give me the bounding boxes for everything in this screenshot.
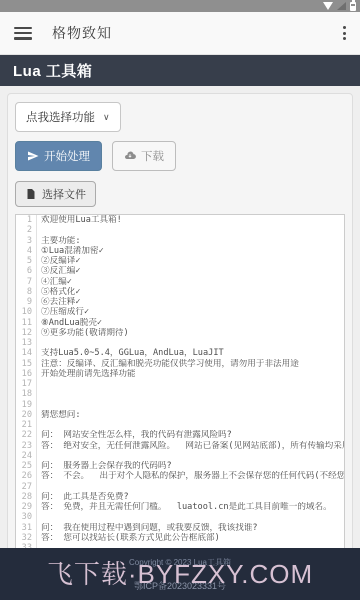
line-text: 答： 免费，并且无需任何门槛。 luatool.cn是此工具目前唯一的域名。 (37, 502, 332, 512)
editor-line: 17 (16, 379, 344, 389)
select-function-dropdown[interactable]: 点我选择功能 ∨ (15, 102, 121, 132)
line-text (37, 482, 41, 492)
editor-line: 5②反编译✓ (16, 256, 344, 266)
line-number: 26 (16, 471, 37, 481)
line-number: 2 (16, 225, 37, 235)
line-number: 17 (16, 379, 37, 389)
line-number: 9 (16, 297, 37, 307)
editor-line: 9⑥去注释✓ (16, 297, 344, 307)
line-number: 28 (16, 492, 37, 502)
line-text (37, 451, 41, 461)
editor-line: 2 (16, 225, 344, 235)
editor-line: 21 (16, 420, 344, 430)
line-text: ⑤格式化✓ (37, 287, 81, 297)
page-header: Lua 工具箱 (0, 55, 360, 86)
editor-line: 27 (16, 482, 344, 492)
line-number: 5 (16, 256, 37, 266)
line-text: 问： 此工具是否免费? (37, 492, 129, 502)
line-number: 11 (16, 318, 37, 328)
kebab-menu-icon[interactable] (342, 24, 346, 42)
editor-line: 12⑨更多功能(敬请期待) (16, 328, 344, 338)
editor-line: 10⑦压缩成行✓ (16, 307, 344, 317)
line-text (37, 379, 41, 389)
line-text: ⑦压缩成行✓ (37, 307, 89, 317)
app-bar: 格物致知 (0, 12, 360, 55)
line-number: 19 (16, 400, 37, 410)
editor-line: 28问： 此工具是否免费? (16, 492, 344, 502)
line-text: 问： 服务器上会保存我的代码吗? (37, 461, 172, 471)
line-text (37, 225, 41, 235)
editor-line: 1欢迎使用Lua工具箱! (16, 215, 344, 225)
signal-icon (337, 2, 346, 10)
line-text: 主要功能: (37, 236, 81, 246)
line-number: 14 (16, 348, 37, 358)
editor-line: 3主要功能: (16, 236, 344, 246)
line-text: ⑧AndLua脱壳✓ (37, 318, 102, 328)
page-title: Lua 工具箱 (13, 60, 92, 81)
line-number: 31 (16, 523, 37, 533)
line-number: 4 (16, 246, 37, 256)
line-number: 20 (16, 410, 37, 420)
line-text (37, 389, 41, 399)
line-number: 16 (16, 369, 37, 379)
editor-line: 26答： 不会。 出于对个人隐私的保护，服务器上不会保存您的任何代码(不经您允许… (16, 471, 344, 481)
editor-line: 23答： 绝对安全，无任何泄露风险。 网站已备案(见网站底部)，所有传输均采用h… (16, 441, 344, 451)
send-icon (27, 150, 39, 162)
status-bar (0, 0, 360, 12)
line-number: 8 (16, 287, 37, 297)
line-text: 支持Lua5.0~5.4，GGLua，AndLua，LuaJIT (37, 348, 224, 358)
start-process-button[interactable]: 开始处理 (15, 141, 102, 171)
start-process-label: 开始处理 (44, 148, 90, 164)
line-number: 10 (16, 307, 37, 317)
footer: Copyright © 2023 Lua工具箱 鄂ICP备2023023331号… (0, 548, 360, 600)
line-number: 1 (16, 215, 37, 225)
line-text: ⑨更多功能(敬请期待) (37, 328, 129, 338)
line-text: ④汇编✓ (37, 277, 72, 287)
editor-line: 32答： 您可以找站长(联系方式见此公告框底部) (16, 533, 344, 543)
line-number: 30 (16, 512, 37, 522)
line-text: ③反汇编✓ (37, 266, 81, 276)
editor-line: 16开始处理前请先选择功能 (16, 369, 344, 379)
tool-panel: 点我选择功能 ∨ 开始处理 下载 选择文件 1欢迎使用Lua工具箱!23主要功能… (7, 93, 353, 591)
line-text (37, 400, 41, 410)
cloud-download-icon (124, 150, 136, 162)
download-label: 下载 (141, 148, 164, 164)
file-icon (25, 188, 37, 200)
editor-line: 20猜您想问: (16, 410, 344, 420)
line-text (37, 338, 41, 348)
line-text: 问： 我在使用过程中遇到问题，或我要反馈，我该找谁? (37, 523, 258, 533)
line-text (37, 512, 41, 522)
line-text: 答： 您可以找站长(联系方式见此公告框底部) (37, 533, 220, 543)
line-text: 问： 网站安全性怎么样，我的代码有泄露风险吗? (37, 430, 232, 440)
line-text: 开始处理前请先选择功能 (37, 369, 136, 379)
line-text: 欢迎使用Lua工具箱! (37, 215, 122, 225)
select-function-label: 点我选择功能 (26, 109, 95, 125)
line-number: 23 (16, 441, 37, 451)
editor-line: 18 (16, 389, 344, 399)
editor-line: 7④汇编✓ (16, 277, 344, 287)
line-text: ①Lua混淆加密✓ (37, 246, 104, 256)
editor-line: 11⑧AndLua脱壳✓ (16, 318, 344, 328)
wifi-icon (323, 2, 333, 10)
chevron-down-icon: ∨ (103, 112, 110, 123)
line-text: ⑥去注释✓ (37, 297, 81, 307)
line-text (37, 420, 41, 430)
line-number: 32 (16, 533, 37, 543)
app-title: 格物致知 (52, 23, 112, 43)
editor-line: 14支持Lua5.0~5.4，GGLua，AndLua，LuaJIT (16, 348, 344, 358)
line-number: 12 (16, 328, 37, 338)
line-text: 答： 不会。 出于对个人隐私的保护，服务器上不会保存您的任何代码(不经您允许保 (37, 471, 344, 481)
editor-line: 31问： 我在使用过程中遇到问题，或我要反馈，我该找谁? (16, 523, 344, 533)
line-text: ②反编译✓ (37, 256, 81, 266)
line-number: 25 (16, 461, 37, 471)
watermark-text: 飞下载·BYFZXY.COM (0, 554, 360, 591)
line-text: 猜您想问: (37, 410, 81, 420)
content: 点我选择功能 ∨ 开始处理 下载 选择文件 1欢迎使用Lua工具箱!23主要功能… (0, 86, 360, 598)
line-number: 24 (16, 451, 37, 461)
download-button[interactable]: 下载 (112, 141, 176, 171)
editor-line: 29答： 免费，并且无需任何门槛。 luatool.cn是此工具目前唯一的域名。 (16, 502, 344, 512)
choose-file-button[interactable]: 选择文件 (15, 181, 96, 207)
battery-icon (350, 2, 356, 11)
hamburger-menu-icon[interactable] (14, 27, 32, 40)
line-text: 答： 绝对安全，无任何泄露风险。 网站已备案(见网站底部)，所有传输均采用htt… (37, 441, 344, 451)
editor-line: 25问： 服务器上会保存我的代码吗? (16, 461, 344, 471)
editor-line: 30 (16, 512, 344, 522)
editor-line: 15注意：反编译、反汇编和脱壳功能仅供学习使用，请勿用于非法用途 (16, 359, 344, 369)
editor-line: 8⑤格式化✓ (16, 287, 344, 297)
line-text: 注意：反编译、反汇编和脱壳功能仅供学习使用，请勿用于非法用途 (37, 359, 299, 369)
editor-line: 19 (16, 400, 344, 410)
editor-line: 24 (16, 451, 344, 461)
line-number: 3 (16, 236, 37, 246)
editor-lines: 1欢迎使用Lua工具箱!23主要功能:4①Lua混淆加密✓5②反编译✓6③反汇编… (16, 215, 344, 583)
choose-file-label: 选择文件 (42, 186, 86, 202)
line-number: 18 (16, 389, 37, 399)
line-number: 22 (16, 430, 37, 440)
line-number: 13 (16, 338, 37, 348)
editor-line: 4①Lua混淆加密✓ (16, 246, 344, 256)
line-number: 21 (16, 420, 37, 430)
editor-line: 22问： 网站安全性怎么样，我的代码有泄露风险吗? (16, 430, 344, 440)
line-number: 29 (16, 502, 37, 512)
editor-line: 13 (16, 338, 344, 348)
editor-line: 6③反汇编✓ (16, 266, 344, 276)
code-editor[interactable]: 1欢迎使用Lua工具箱!23主要功能:4①Lua混淆加密✓5②反编译✓6③反汇编… (15, 214, 345, 583)
line-number: 27 (16, 482, 37, 492)
line-number: 7 (16, 277, 37, 287)
line-number: 15 (16, 359, 37, 369)
line-number: 6 (16, 266, 37, 276)
